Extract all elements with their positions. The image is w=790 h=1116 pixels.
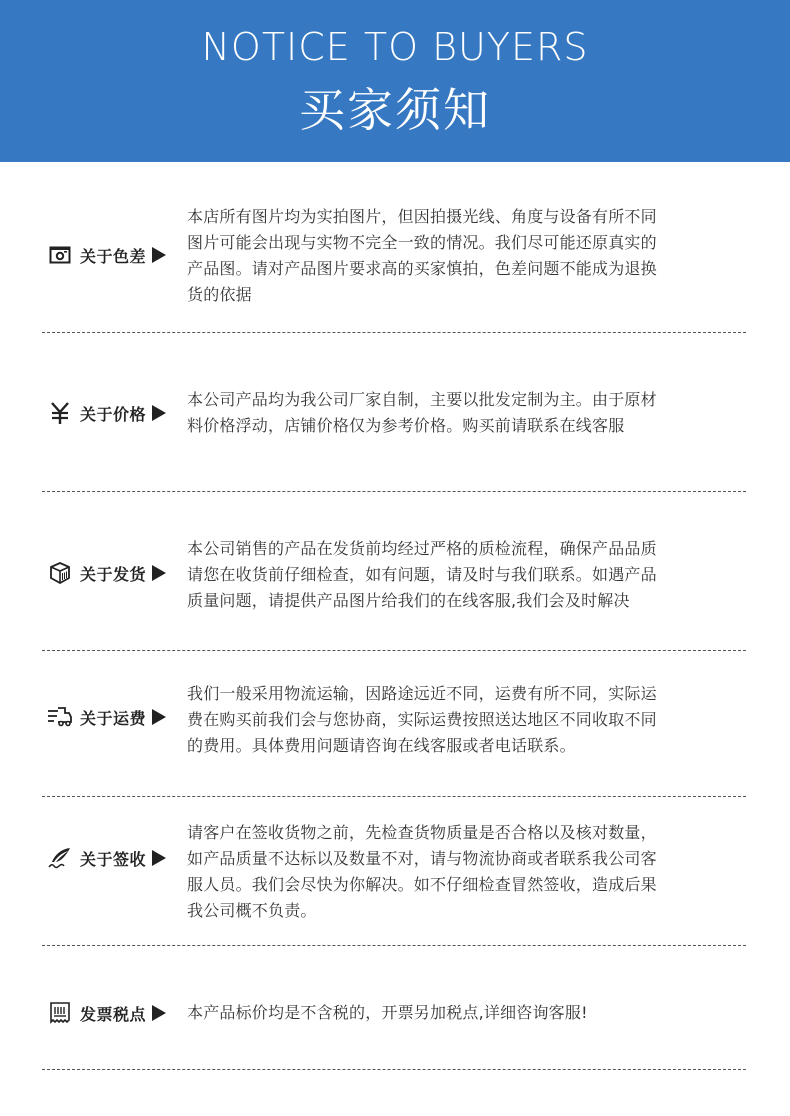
body-line: 料价格浮动，店铺价格仅为参考价格。购买前请联系在线客服	[187, 413, 747, 439]
arrow-right-icon	[152, 565, 166, 581]
divider	[42, 491, 746, 492]
arrow-right-icon	[152, 1005, 166, 1021]
arrow-right-icon	[152, 405, 166, 421]
section-title: 关于签收	[80, 847, 146, 870]
body-line: 本公司销售的产品在发货前均经过严格的质检流程，确保产品品质	[187, 536, 747, 562]
body-line: 质量问题，请提供产品图片给我们的在线客服,我们会及时解决	[187, 588, 747, 614]
camera-icon	[48, 244, 72, 266]
quill-pen-icon	[48, 847, 72, 869]
section-body: 本公司产品均为我公司厂家自制，主要以批发定制为主。由于原材 料价格浮动，店铺价格…	[187, 387, 747, 439]
header-title-en: NOTICE TO BUYERS	[0, 24, 790, 70]
body-line: 图片可能会出现与实物不完全一致的情况。我们尽可能还原真实的	[187, 230, 747, 256]
arrow-right-icon	[152, 709, 166, 725]
divider	[42, 945, 746, 946]
arrow-right-icon	[152, 850, 166, 866]
body-line: 我们一般采用物流运输，因路途远近不同，运费有所不同，实际运	[187, 681, 747, 707]
section-title: 发票税点	[80, 1002, 146, 1025]
body-line: 服人员。我们会尽快为你解决。如不仔细检查冒然签收，造成后果	[187, 872, 747, 898]
arrow-right-icon	[152, 247, 166, 263]
body-line: 的费用。具体费用问题请咨询在线客服或者电话联系。	[187, 733, 747, 759]
section-title: 关于价格	[80, 402, 146, 425]
section-title: 关于运费	[80, 706, 146, 729]
section-label: 关于价格	[48, 401, 166, 425]
body-line: 费在购买前我们会与您协商，实际运费按照送达地区不同收取不同	[187, 707, 747, 733]
section-body: 本产品标价均是不含税的，开票另加税点,详细咨询客服!	[187, 1000, 747, 1026]
section-title: 关于发货	[80, 562, 146, 585]
body-line: 货的依据	[187, 282, 747, 308]
header-banner: NOTICE TO BUYERS 买家须知	[0, 0, 790, 162]
body-line: 本公司产品均为我公司厂家自制，主要以批发定制为主。由于原材	[187, 387, 747, 413]
section-label: 关于运费	[48, 705, 166, 729]
body-line: 本店所有图片均为实拍图片，但因拍摄光线、角度与设备有所不同	[187, 204, 747, 230]
section-label: 关于签收	[48, 846, 166, 870]
body-line: 我公司概不负责。	[187, 898, 747, 924]
header-title-cn: 买家须知	[0, 82, 790, 138]
section-body: 本店所有图片均为实拍图片，但因拍摄光线、角度与设备有所不同 图片可能会出现与实物…	[187, 204, 747, 308]
section-title: 关于色差	[80, 244, 146, 267]
body-line: 本产品标价均是不含税的，开票另加税点,详细咨询客服!	[187, 1000, 747, 1026]
section-label: 关于发货	[48, 561, 166, 585]
section-label: 发票税点	[48, 1001, 166, 1025]
truck-icon	[48, 706, 72, 728]
body-line: 请您在收货前仔细检查，如有问题，请及时与我们联系。如遇产品	[187, 562, 747, 588]
divider	[42, 1069, 746, 1070]
body-line: 请客户在签收货物之前，先检查货物质量是否合格以及核对数量，	[187, 820, 747, 846]
divider	[42, 796, 746, 797]
divider	[42, 650, 746, 651]
package-icon	[48, 562, 72, 584]
divider	[42, 332, 746, 333]
receipt-icon	[48, 1002, 72, 1024]
body-line: 如产品质量不达标以及数量不对，请与物流协商或者联系我公司客	[187, 846, 747, 872]
section-body: 请客户在签收货物之前，先检查货物质量是否合格以及核对数量， 如产品质量不达标以及…	[187, 820, 747, 924]
section-body: 本公司销售的产品在发货前均经过严格的质检流程，确保产品品质 请您在收货前仔细检查…	[187, 536, 747, 614]
section-body: 我们一般采用物流运输，因路途远近不同，运费有所不同，实际运 费在购买前我们会与您…	[187, 681, 747, 759]
section-label: 关于色差	[48, 243, 166, 267]
yen-icon	[48, 402, 72, 424]
body-line: 产品图。请对产品图片要求高的买家慎拍，色差问题不能成为退换	[187, 256, 747, 282]
